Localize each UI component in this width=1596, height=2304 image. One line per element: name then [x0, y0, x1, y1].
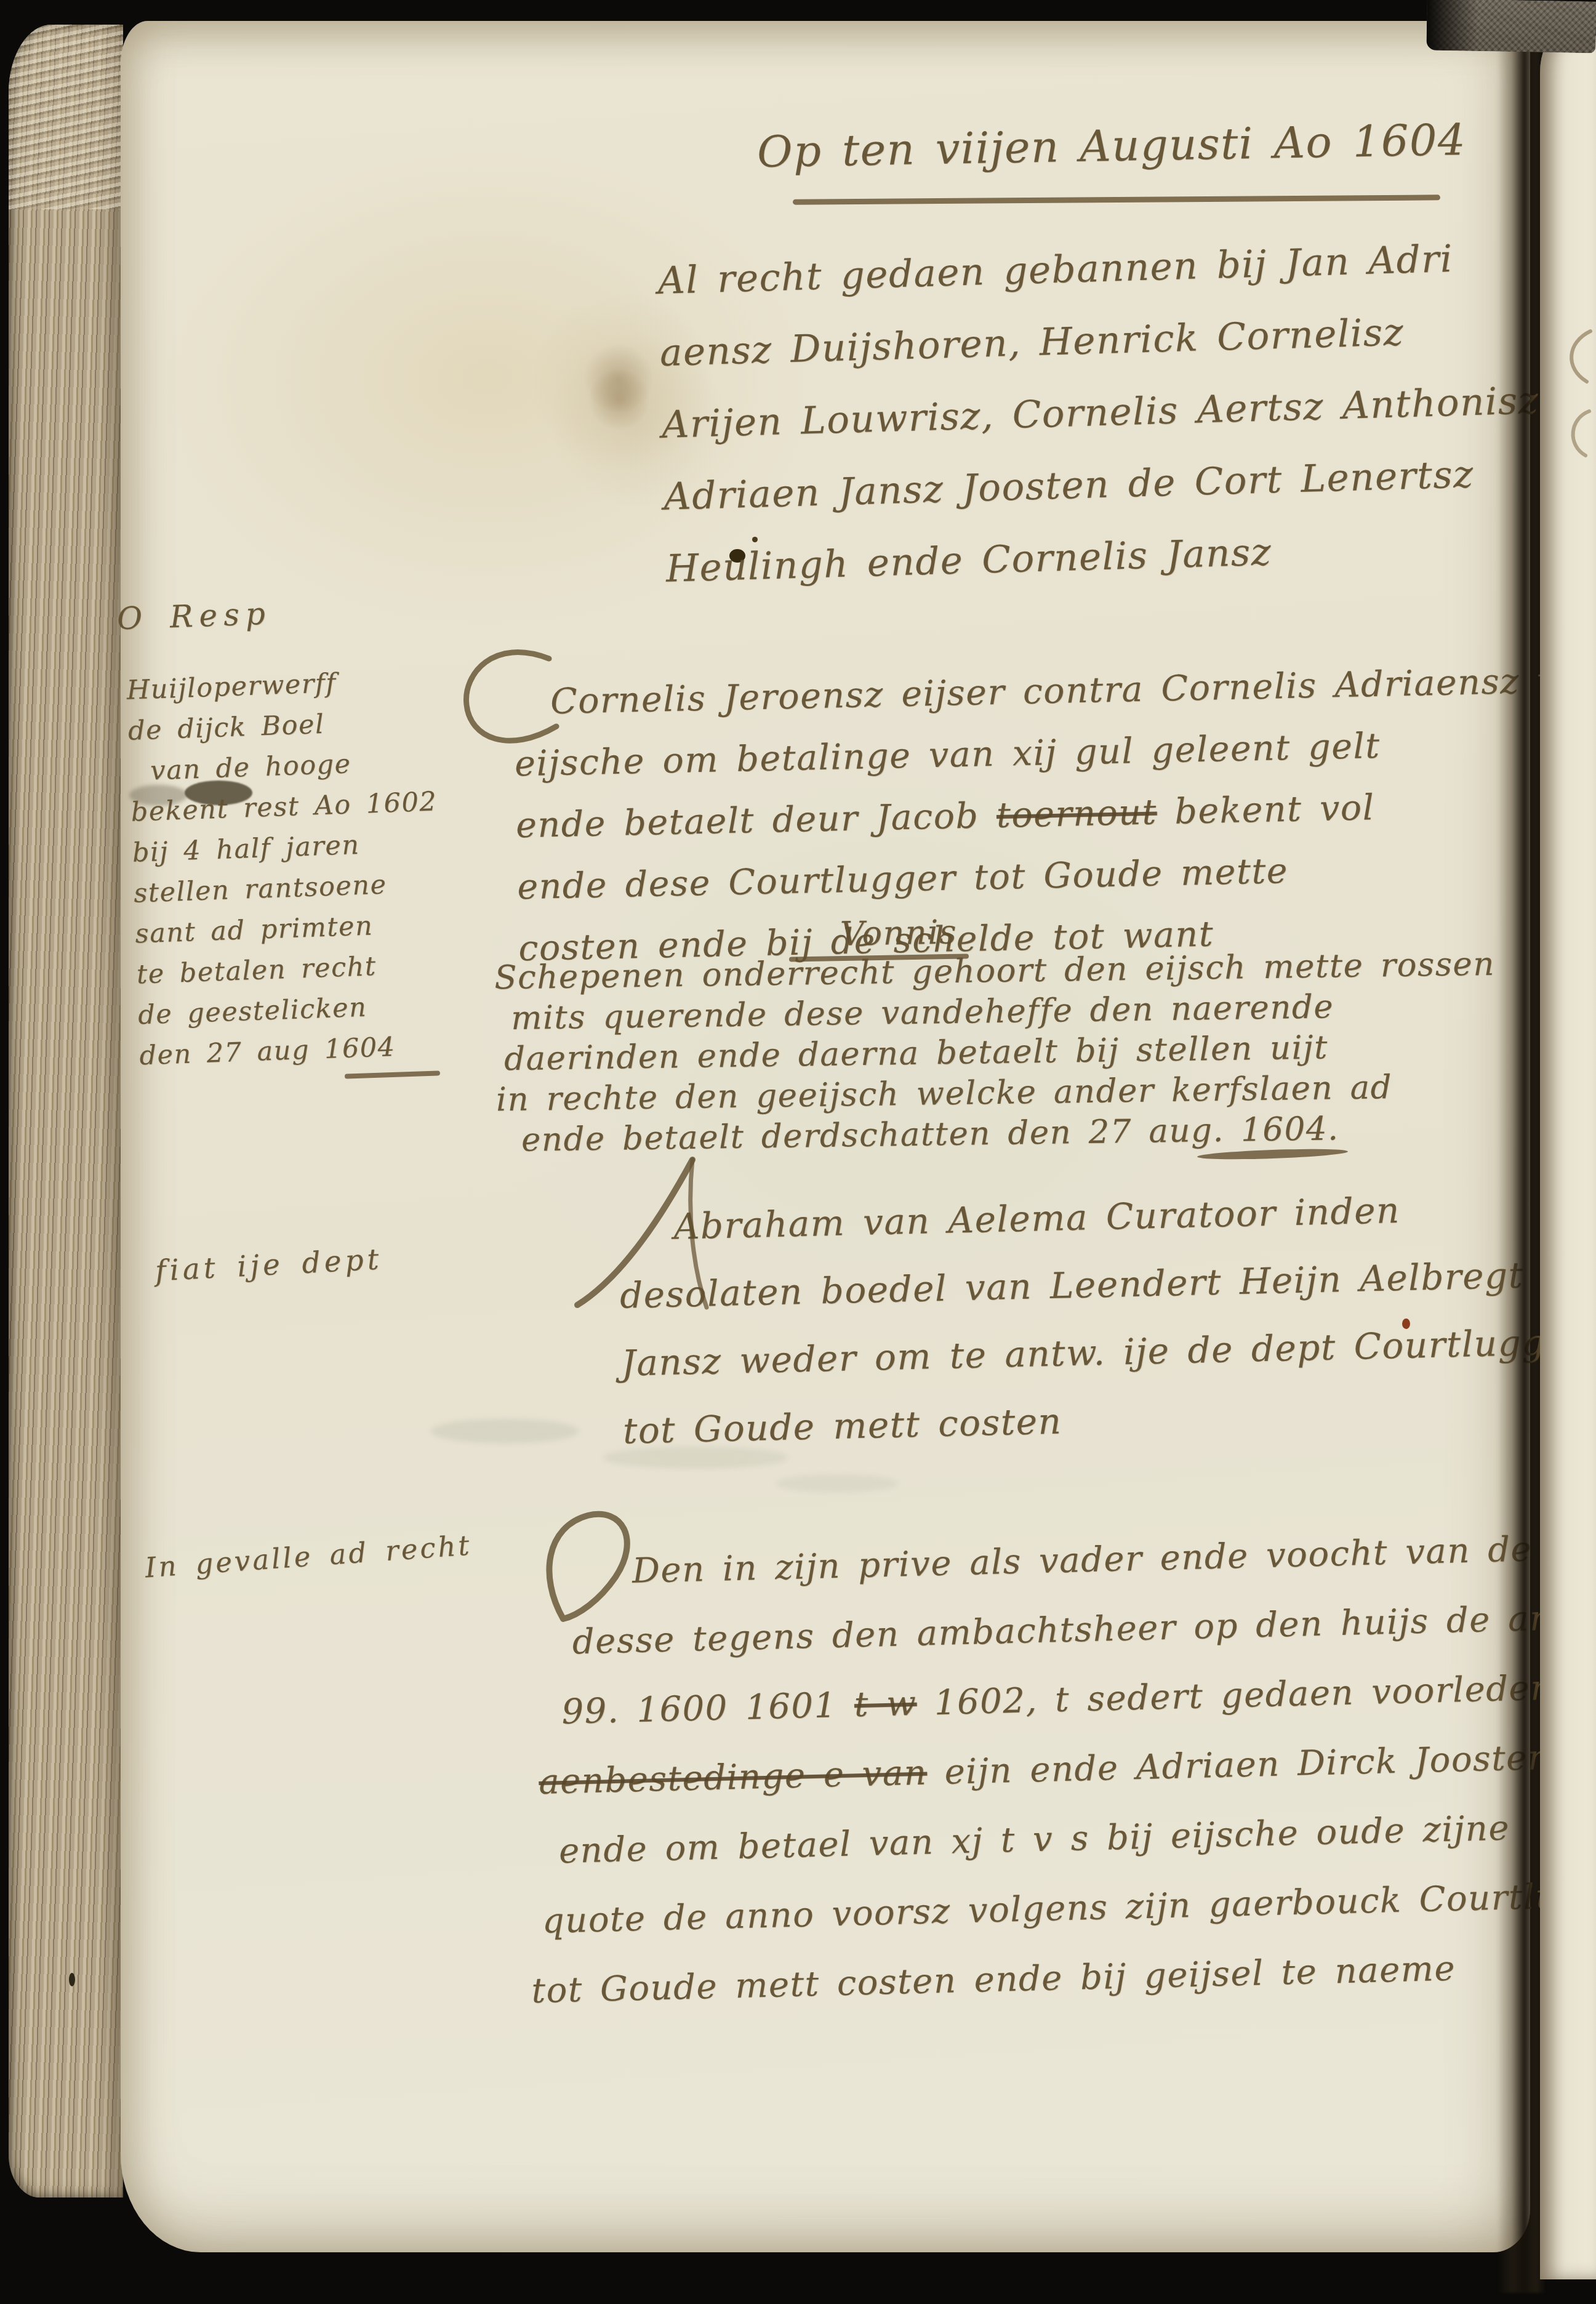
struck-word: t w — [854, 1684, 917, 1725]
intro-paragraph: Al recht gedaen gebannen bij Jan Adri ae… — [657, 220, 1544, 605]
margin-note-block: Huijloperwerff de dijck Boel van de hoog… — [126, 660, 446, 1077]
line-segment: 1602, t sedert gedaen voorleden — [916, 1668, 1554, 1724]
curator-entry-block: Abraham van Aelema Curatoor inden desola… — [617, 1172, 1587, 1464]
book-page-edge-stack — [9, 25, 123, 2198]
bleedthrough-mark — [431, 1419, 579, 1443]
vonnis-heading: Vonnis — [738, 910, 1059, 955]
edge-speck — [69, 1973, 75, 1986]
struck-word: toernout — [996, 792, 1157, 835]
facing-page-sliver — [1540, 36, 1596, 2279]
line-segment: ende betaelt deur Jacob — [516, 795, 997, 846]
facing-page-ink-marks — [1558, 325, 1595, 460]
bottom-entry-block: Den in zijn prive als vader ende voocht … — [533, 1512, 1596, 2026]
struck-phrase: aenbestedinge e van — [538, 1753, 928, 1802]
line-segment: 99. 1600 1601 — [561, 1685, 855, 1732]
vonnis-block: Schepenen onderrecht gehoort den eijsch … — [494, 944, 1498, 1162]
bleedthrough-mark — [776, 1474, 899, 1493]
manuscript-photo: Op ten viijen Augusti Ao 1604 Al recht g… — [0, 0, 1596, 2304]
book-gutter-shadow — [1497, 18, 1546, 2293]
binding-fabric — [1426, 0, 1596, 53]
line-segment: eijn ende Adriaen Dirck Joosten — [926, 1738, 1551, 1793]
margin-mark-resp: O Resp — [116, 596, 272, 637]
line-segment: bekent vol — [1157, 787, 1375, 832]
